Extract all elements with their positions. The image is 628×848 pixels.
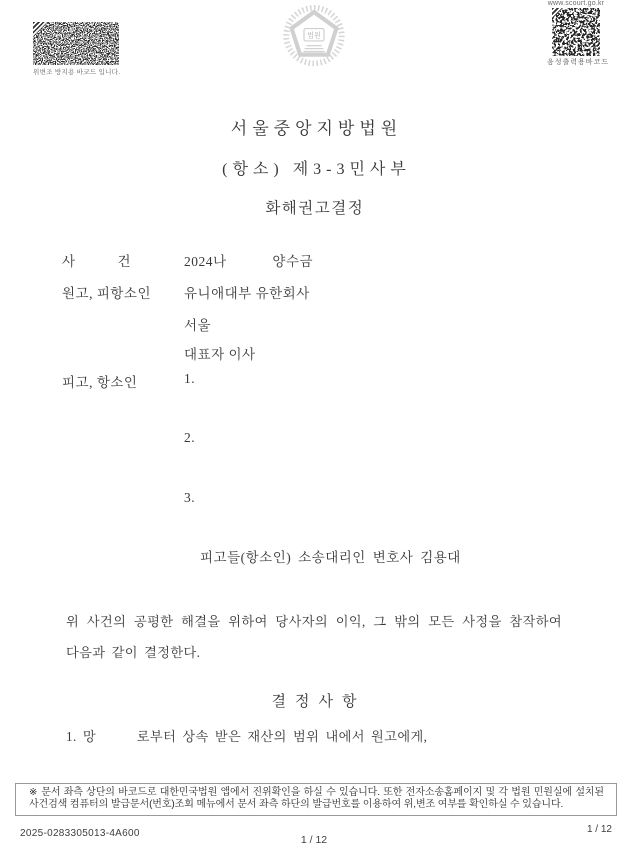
verification-notice-box: ※ 문서 좌측 상단의 바코드로 대한민국법원 앱에서 진위확인을 하실 수 있… <box>15 783 617 816</box>
division-title: (항소) 제3-3민사부 <box>0 156 628 179</box>
defendant-item-3: 3. <box>184 490 195 506</box>
decision-item-1: 1. 망 로부터 상속 받은 재산의 범위 내에서 원고에게, <box>66 726 566 745</box>
barcode-noise-image <box>33 22 119 65</box>
voice-output-barcode: www.scourt.go.kr 음성출력용바코드 <box>547 0 605 67</box>
case-label: 사 건 <box>62 250 131 270</box>
defendant-label: 피고, 항소인 <box>62 371 137 391</box>
qr-noise-image <box>552 8 600 56</box>
decision-intro-paragraph: 위 사건의 공평한 해결을 위하여 당사자의 이익, 그 밖의 모든 사정을 참… <box>66 606 562 668</box>
anti-forgery-caption: 위변조 방지용 바코드 입니다. <box>33 67 119 76</box>
case-number-value: 2024나 양수금 <box>184 250 313 270</box>
voice-barcode-caption: 음성출력용바코드 <box>547 57 605 67</box>
scourt-url-label: www.scourt.go.kr <box>547 0 605 7</box>
court-emblem-icon: 법원 <box>278 5 350 71</box>
document-title: 화해권고결정 <box>0 196 628 218</box>
document-page: 위변조 방지용 바코드 입니다. 법원 www.scourt.go.kr 음성출… <box>0 0 628 848</box>
plaintiff-representative: 대표자 이사 <box>184 343 256 363</box>
plaintiff-label: 원고, 피항소인 <box>62 282 151 302</box>
defendant-item-2: 2. <box>184 430 195 446</box>
defense-counsel-line: 피고들(항소인) 소송대리인 변호사 김용대 <box>200 546 461 566</box>
plaintiff-name: 유니애대부 유한회사 <box>184 282 310 302</box>
plaintiff-address: 서울 <box>184 314 211 334</box>
defendant-item-1: 1. <box>184 371 195 387</box>
page-indicator-right: 1 / 12 <box>587 824 612 835</box>
emblem-label: 법원 <box>307 31 321 40</box>
anti-forgery-barcode: 위변조 방지용 바코드 입니다. <box>33 22 119 76</box>
court-name-title: 서울중앙지방법원 <box>0 114 628 139</box>
page-indicator-center: 1 / 12 <box>0 834 628 846</box>
decision-heading: 결정사항 <box>0 690 628 711</box>
